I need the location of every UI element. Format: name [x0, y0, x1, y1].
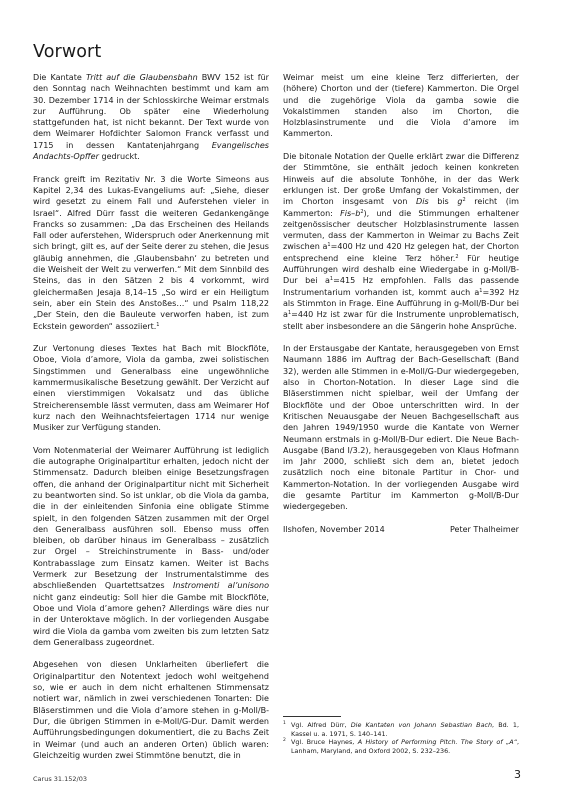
footnote-ref[interactable]: 1: [156, 322, 159, 328]
paragraph-pitch: Weimar meist um eine kleine Terz differi…: [283, 72, 519, 140]
text: =440 Hz ist zwar für die Instrumente unp…: [283, 310, 519, 330]
footnote-number: 2: [283, 738, 291, 755]
cantata-title: Tritt auf die Glaubensbahn: [86, 73, 198, 82]
text: gedruckt.: [99, 152, 140, 161]
paragraph-sources: Vom Notenmaterial der Weimarer Aufführun…: [33, 445, 269, 648]
text: Vom Notenmaterial der Weimarer Aufführun…: [33, 446, 269, 591]
footnote-divider: [283, 716, 341, 717]
footnote-1: 1 Vgl. Alfred Dürr, Die Kantaten von Joh…: [283, 721, 519, 738]
footnote-2: 2 Vgl. Bruce Haynes, A History of Perfor…: [283, 738, 519, 755]
paragraph-scoring: Zur Vertonung dieses Textes hat Bach mit…: [33, 343, 269, 433]
book-title: A History of Performing Pitch. The Story…: [358, 738, 517, 746]
footnotes: 1 Vgl. Alfred Dürr, Die Kantaten von Joh…: [283, 721, 519, 755]
paragraph-intro: Die Kantate Tritt auf die Glaubensbahn B…: [33, 72, 269, 162]
paragraph-notation: Die bitonale Notation der Quelle erklärt…: [283, 151, 519, 332]
footnote-text: Vgl. Bruce Haynes, A History of Performi…: [291, 738, 519, 755]
paragraph-editions: In der Erstausgabe der Kantate, herausge…: [283, 343, 519, 512]
paragraph-tonality: Abgesehen von diesen Unklarheiten überli…: [33, 659, 269, 761]
signature: Ilshofen, November 2014 Peter Thalheimer: [283, 524, 519, 535]
note-range: Fis–b: [340, 209, 360, 218]
text: Vgl. Alfred Dürr,: [291, 721, 351, 729]
text: BWV 152 ist für den Sonntag nach Weihnac…: [33, 73, 269, 150]
author-name: Peter Thalheimer: [450, 524, 519, 535]
place-date: Ilshofen, November 2014: [283, 524, 385, 535]
footnote-number: 1: [283, 721, 291, 738]
catalog-number: Carus 31.152/03: [33, 775, 87, 783]
page-number: 3: [514, 768, 521, 781]
left-column: Die Kantate Tritt auf die Glaubensbahn B…: [33, 72, 269, 772]
text: Franck greift im Rezitativ Nr. 3 die Wor…: [33, 175, 269, 331]
text: bis: [429, 197, 458, 206]
book-title: Die Kantaten von Johann Sebastian Bach: [351, 721, 492, 729]
text: Vgl. Bruce Haynes,: [291, 738, 358, 746]
paragraph-text-analysis: Franck greift im Rezitativ Nr. 3 die Wor…: [33, 174, 269, 332]
right-column: Weimar meist um eine kleine Terz differi…: [283, 72, 519, 535]
note-name: Dis: [416, 197, 429, 206]
page-title: Vorwort: [33, 42, 101, 62]
italic-term: Instromenti al’unisono: [173, 581, 269, 590]
text: nicht ganz eindeutig: Soll hier die Gamb…: [33, 593, 269, 647]
text: Die Kantate: [33, 73, 86, 82]
footnote-text: Vgl. Alfred Dürr, Die Kantaten von Johan…: [291, 721, 519, 738]
